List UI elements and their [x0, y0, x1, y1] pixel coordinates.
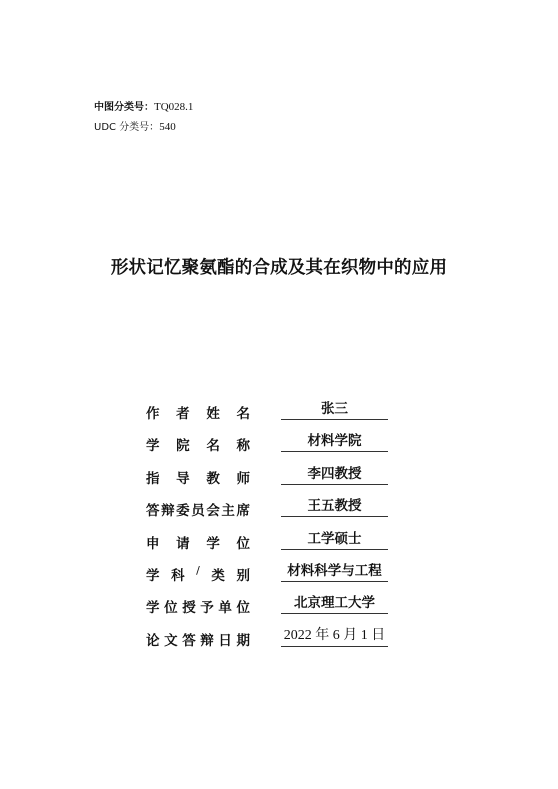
field-value: 李四教授 [281, 466, 388, 485]
label-char: 单 [218, 596, 232, 616]
label-char: 申 [146, 532, 160, 552]
label-char: 姓 [206, 402, 220, 422]
field-label: 学科/类别 [146, 564, 250, 584]
label-char: 答 [146, 499, 160, 519]
label-char: 指 [146, 467, 160, 487]
cn-classification-label: 中图分类号： [94, 102, 154, 113]
field-label: 学院名称 [146, 434, 250, 454]
label-char: 别 [236, 564, 250, 584]
label-char: 会 [206, 499, 220, 519]
label-char: 答 [182, 629, 196, 649]
field-row-committee-chair: 答辩委员会主席王五教授 [146, 497, 406, 519]
udc-classification-value: 540 [159, 121, 176, 133]
label-char: 予 [200, 596, 214, 616]
field-value: 材料科学与工程 [281, 563, 388, 582]
label-char: 院 [176, 434, 190, 454]
label-char: 学 [146, 434, 160, 454]
label-char: 名 [206, 434, 220, 454]
label-char: 主 [221, 499, 235, 519]
udc-classification-label: UDC 分类号： [94, 122, 159, 133]
field-row-author: 作者姓名张三 [146, 400, 406, 422]
field-label: 申请学位 [146, 532, 250, 552]
label-char: 学 [206, 532, 220, 552]
field-value: 北京理工大学 [281, 595, 388, 614]
label-char: 员 [191, 499, 205, 519]
field-value: 材料学院 [281, 433, 388, 452]
label-char: 者 [176, 402, 190, 422]
label-char: 学 [146, 564, 160, 584]
field-value: 张三 [281, 401, 388, 420]
label-char: 授 [182, 596, 196, 616]
label-char: 文 [164, 629, 178, 649]
label-char: 日 [218, 629, 232, 649]
label-char: 期 [236, 629, 250, 649]
field-value: 王五教授 [281, 498, 388, 517]
field-label: 指导教师 [146, 467, 250, 487]
label-char: 辩 [161, 499, 175, 519]
label-char: 论 [146, 629, 160, 649]
label-char: 席 [236, 499, 250, 519]
label-char: 科 [171, 564, 185, 584]
label-char: 称 [236, 434, 250, 454]
label-char: 学 [146, 596, 160, 616]
field-row-defense-date: 论文答辩日期2022 年 6 月 1 日 [146, 627, 406, 649]
field-row-supervisor: 指导教师李四教授 [146, 465, 406, 487]
cn-classification: 中图分类号：TQ028.1 [94, 101, 193, 114]
field-label: 学位授予单位 [146, 596, 250, 616]
label-char: 导 [176, 467, 190, 487]
field-label: 答辩委员会主席 [146, 499, 250, 519]
label-char: 辩 [200, 629, 214, 649]
cn-classification-value: TQ028.1 [154, 101, 193, 113]
label-char: / [196, 564, 200, 584]
label-char: 作 [146, 402, 160, 422]
field-label: 论文答辩日期 [146, 629, 250, 649]
label-char: 位 [236, 532, 250, 552]
field-row-college: 学院名称材料学院 [146, 432, 406, 454]
field-value: 2022 年 6 月 1 日 [281, 628, 388, 647]
label-char: 师 [236, 467, 250, 487]
field-row-institution: 学位授予单位北京理工大学 [146, 594, 406, 616]
label-char: 教 [206, 467, 220, 487]
field-row-discipline: 学科/类别材料科学与工程 [146, 562, 406, 584]
label-char: 委 [176, 499, 190, 519]
thesis-title: 形状记忆聚氨酯的合成及其在织物中的应用 [0, 254, 558, 279]
field-value: 工学硕士 [281, 531, 388, 550]
label-char: 类 [211, 564, 225, 584]
udc-classification: UDC 分类号：540 [94, 121, 176, 134]
label-char: 请 [176, 532, 190, 552]
label-char: 位 [164, 596, 178, 616]
field-label: 作者姓名 [146, 402, 250, 422]
label-char: 名 [236, 402, 250, 422]
label-char: 位 [236, 596, 250, 616]
field-row-degree: 申请学位工学硕士 [146, 530, 406, 552]
